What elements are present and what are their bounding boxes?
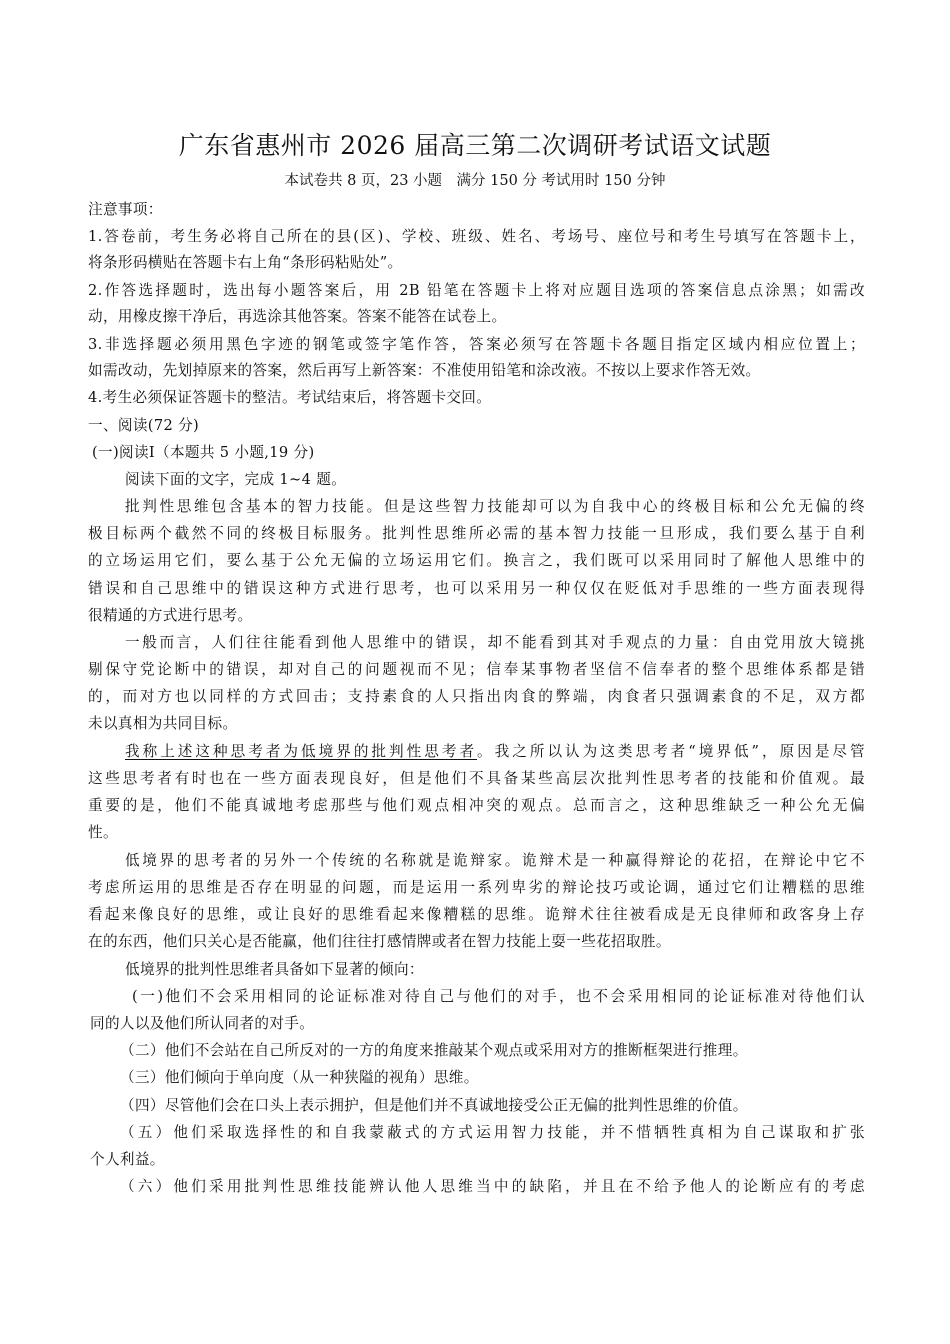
reading-instruction: 阅读下面的文字，完成 1~4 题。 [125, 469, 346, 491]
paragraph-4-line-3: 看起来像良好的思维，或让良好的思维看起来像糟糕的思维。诡辩术往往被看成是无良律师… [88, 904, 865, 926]
notice-item-2-line-1: 2.作答选择题时，选出每小题答案后，用 2B 铅笔在答题卡上将对应题目选项的答案… [88, 280, 865, 302]
paragraph-1-line-4: 错误和自己思维中的错误这种方式进行思考，也可以采用另一种仅仅在贬低对手思维的一些… [88, 578, 865, 600]
paragraph-2-line-2: 剔保守党论断中的错误，却对自己的问题视而不见；信奉某事物者坚信不信奉者的整个思维… [88, 659, 865, 681]
notice-item-3-line-2: 如需改动，先划掉原来的答案，然后再写上新答案：不准使用铅笔和涂改液。不按以上要求… [88, 360, 760, 382]
exam-title: 广东省惠州市 2026 届高三第二次调研考试语文试题 [0, 128, 950, 164]
tendency-5-line-1: （五）他们采取选择性的和自我蒙蔽式的方式运用智力技能，并不惜牺牲真相为自己谋取和… [120, 1122, 865, 1144]
notice-item-4-line-1: 4.考生必须保证答题卡的整洁。考试结束后，将答题卡交回。 [88, 387, 491, 409]
paragraph-3-line-1: 我称上述这种思考者为低境界的批判性思考者。我之所以认为这类思考者“境界低”，原因… [125, 741, 865, 763]
section-heading: 一、阅读(72 分) [88, 415, 199, 437]
section-subheading: (一)阅读Ⅰ（本题共 5 小题,19 分) [92, 442, 315, 464]
notice-item-1-line-1: 1.答卷前，考生务必将自己所在的县(区)、学校、班级、姓名、考场号、座位号和考生… [88, 226, 865, 248]
paragraph-2-line-3: 的，而对方也以同样的方式回击；支持素食的人只指出肉食的弊端，肉食者只强调素食的不… [88, 686, 865, 708]
paragraph-5-line-1: 低境界的批判性思维者具备如下显著的倾向： [125, 959, 424, 981]
paragraph-1-line-5: 很精通的方式进行思考。 [88, 605, 252, 627]
paragraph-2-line-4: 未以真相为共同目标。 [88, 713, 237, 735]
notice-heading: 注意事项： [88, 199, 163, 221]
paragraph-1-line-3: 的立场运用它们，要么基于公允无偏的立场运用它们。换言之，我们既可以采用同时了解他… [88, 550, 865, 572]
tendency-1-line-1: (一)他们不会采用相同的论证标准对待自己与他们的对手，也不会采用相同的论证标准对… [132, 986, 865, 1008]
paragraph-3-lead-rest: 。我之所以认为这类思考者“境界低”，原因是尽管 [477, 743, 865, 760]
paragraph-1-line-2: 极目标两个截然不同的终极目标服务。批判性思维所必需的基本智力技能一旦形成，我们要… [88, 523, 865, 545]
exam-page: 广东省惠州市 2026 届高三第二次调研考试语文试题 本试卷共 8 页，23 小… [0, 0, 950, 1344]
tendency-4-line-1: （四）尽管他们会在口头上表示拥护，但是他们并不真诚地接受公正无偏的批判性思维的价… [120, 1095, 748, 1117]
paragraph-4-line-1: 低境界的思考者的另外一个传统的名称就是诡辩家。诡辩术是一种赢得辩论的花招，在辩论… [125, 850, 865, 872]
paragraph-4-line-4: 在的东西，他们只关心是否能赢，他们往往打感情牌或者在智力技能上耍一些花招取胜。 [88, 931, 671, 953]
paragraph-2-line-1: 一般而言，人们往往能看到他人思维中的错误，却不能看到其对手观点的力量：自由党用放… [125, 632, 865, 654]
notice-item-2-line-2: 动，用橡皮擦干净后，再选涂其他答案。答案不能答在试卷上。 [88, 306, 506, 328]
paragraph-3-line-4: 性。 [88, 822, 118, 844]
paragraph-3-line-2: 这些思考者有时也在一些方面表现良好，但是他们不具备某些高层次批判性思考者的技能和… [88, 768, 865, 790]
paragraph-4-line-2: 考虑所运用的思维是否存在明显的问题，而是运用一系列卑劣的辩论技巧或论调，通过它们… [88, 877, 865, 899]
notice-item-3-line-1: 3.非选择题必须用黑色字迹的钢笔或签字笔作答，答案必须写在答题卡各题目指定区域内… [88, 334, 865, 356]
tendency-1-line-2: 同的人以及他们所认同者的对手。 [90, 1013, 314, 1035]
tendency-3-line-1: （三）他们倾向于单向度（从一种狭隘的视角）思维。 [120, 1067, 479, 1089]
underlined-key-sentence: 我称上述这种思考者为低境界的批判性思考者 [125, 743, 477, 760]
tendency-5-line-2: 个人利益。 [90, 1149, 165, 1171]
exam-subtitle: 本试卷共 8 页，23 小题 满分 150 分 考试用时 150 分钟 [0, 170, 950, 192]
notice-item-1-line-2: 将条形码横贴在答题卡右上角“条形码粘贴处”。 [88, 252, 403, 274]
tendency-6-line-1: （六）他们采用批判性思维技能辨认他人思维当中的缺陷，并且在不给予他人的论断应有的… [120, 1176, 865, 1198]
tendency-2-line-1: （二）他们不会站在自己所反对的一方的角度来推敲某个观点或采用对方的推断框架进行推… [120, 1040, 748, 1062]
paragraph-3-line-3: 重要的是，他们不能真诚地考虑那些与他们观点相冲突的观点。总而言之，这种思维缺乏一… [88, 795, 865, 817]
paragraph-1-line-1: 批判性思维包含基本的智力技能。但是这些智力技能却可以为自我中心的终极目标和公允无… [125, 496, 865, 518]
